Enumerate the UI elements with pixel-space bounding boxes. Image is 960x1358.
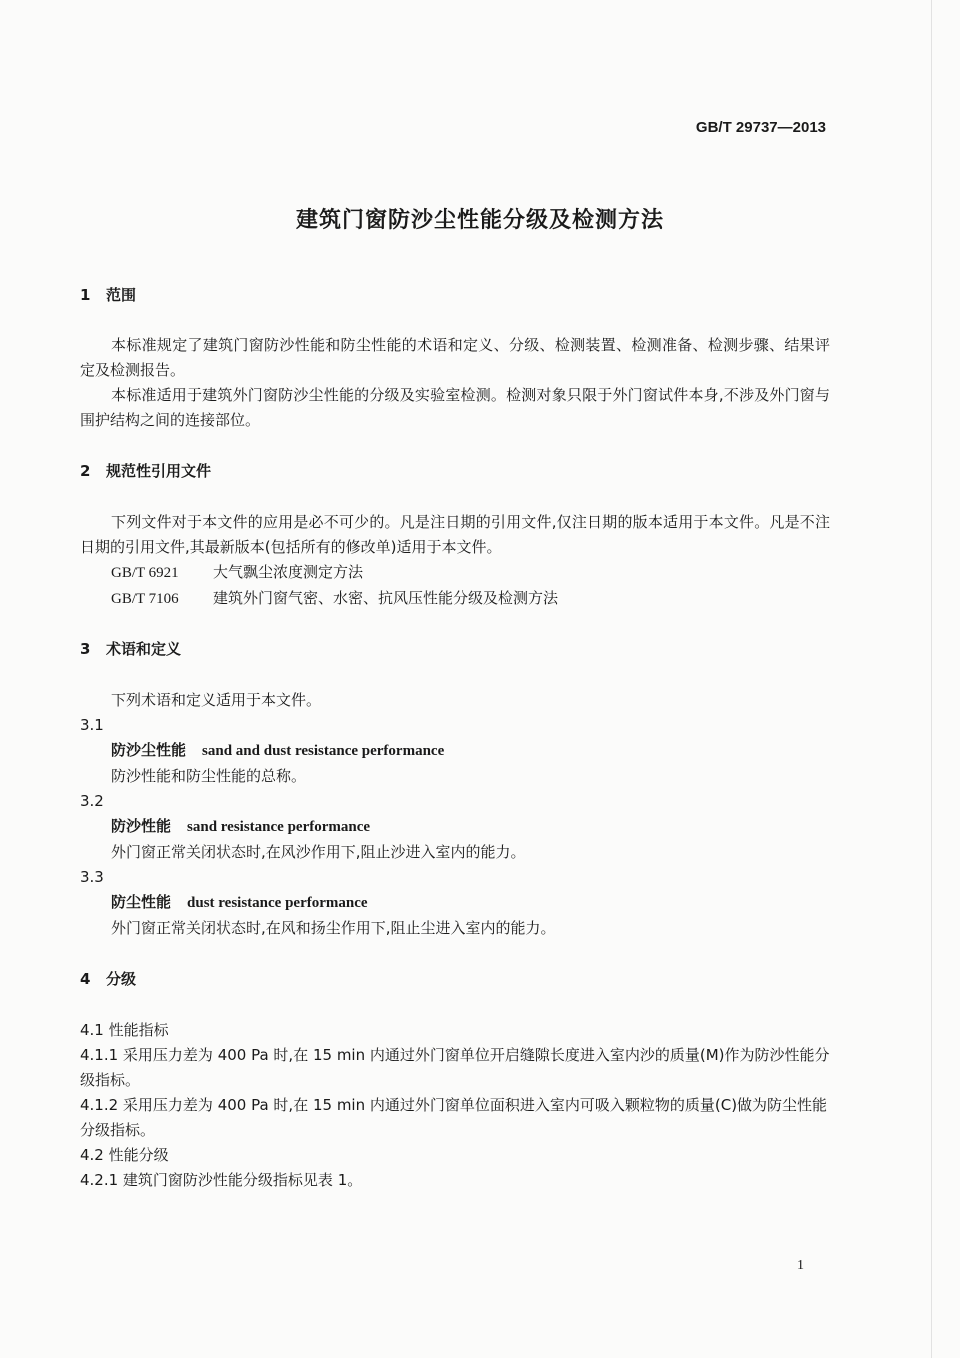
subsection-heading: 4.1 性能指标 xyxy=(80,1018,830,1043)
section-1-body: 本标准规定了建筑门窗防沙性能和防尘性能的术语和定义、分级、检测装置、检测准备、检… xyxy=(80,333,830,433)
term-definition: 外门窗正常关闭状态时,在风沙作用下,阻止沙进入室内的能力。 xyxy=(80,840,830,865)
section-heading: 1范围 xyxy=(80,283,830,308)
section-4-body: 4.1 性能指标 4.1.1 采用压力差为 400 Pa 时,在 15 min … xyxy=(80,1018,830,1193)
standard-code: GB/T 29737—2013 xyxy=(696,119,826,136)
section-heading: 2规范性引用文件 xyxy=(80,459,830,484)
term-name: 防沙尘性能sand and dust resistance performanc… xyxy=(80,738,830,764)
paragraph: 下列术语和定义适用于本文件。 xyxy=(80,688,830,713)
paragraph: 下列文件对于本文件的应用是必不可少的。凡是注日期的引用文件,仅注日期的版本适用于… xyxy=(80,510,830,560)
section-3-body: 下列术语和定义适用于本文件。 3.1 防沙尘性能sand and dust re… xyxy=(80,688,830,941)
subsection-heading: 4.2 性能分级 xyxy=(80,1143,830,1168)
reference-item: GB/T 7106建筑外门窗气密、水密、抗风压性能分级及检测方法 xyxy=(80,586,830,612)
section-3: 3术语和定义 xyxy=(80,637,830,662)
term-definition: 防沙性能和防尘性能的总称。 xyxy=(80,764,830,789)
term-number: 3.1 xyxy=(80,713,830,738)
term-name: 防沙性能sand resistance performance xyxy=(80,814,830,840)
paragraph: 本标准规定了建筑门窗防沙性能和防尘性能的术语和定义、分级、检测装置、检测准备、检… xyxy=(80,333,830,383)
clause: 4.1.2 采用压力差为 400 Pa 时,在 15 min 内通过外门窗单位面… xyxy=(80,1093,830,1143)
page-number: 1 xyxy=(797,1258,804,1274)
section-2-body: 下列文件对于本文件的应用是必不可少的。凡是注日期的引用文件,仅注日期的版本适用于… xyxy=(80,510,830,612)
term-definition: 外门窗正常关闭状态时,在风和扬尘作用下,阻止尘进入室内的能力。 xyxy=(80,916,830,941)
clause: 4.1.1 采用压力差为 400 Pa 时,在 15 min 内通过外门窗单位开… xyxy=(80,1043,830,1093)
section-2: 2规范性引用文件 xyxy=(80,459,830,484)
section-4: 4分级 xyxy=(80,967,830,992)
reference-item: GB/T 6921大气飘尘浓度测定方法 xyxy=(80,560,830,586)
section-1: 1范围 xyxy=(80,283,830,308)
term-number: 3.2 xyxy=(80,789,830,814)
clause: 4.2.1 建筑门窗防沙性能分级指标见表 1。 xyxy=(80,1168,830,1193)
paragraph: 本标准适用于建筑外门窗防沙尘性能的分级及实验室检测。检测对象只限于外门窗试件本身… xyxy=(80,383,830,433)
section-heading: 3术语和定义 xyxy=(80,637,830,662)
term-number: 3.3 xyxy=(80,865,830,890)
term-name: 防尘性能dust resistance performance xyxy=(80,890,830,916)
section-heading: 4分级 xyxy=(80,967,830,992)
document-title: 建筑门窗防沙尘性能分级及检测方法 xyxy=(0,203,960,234)
